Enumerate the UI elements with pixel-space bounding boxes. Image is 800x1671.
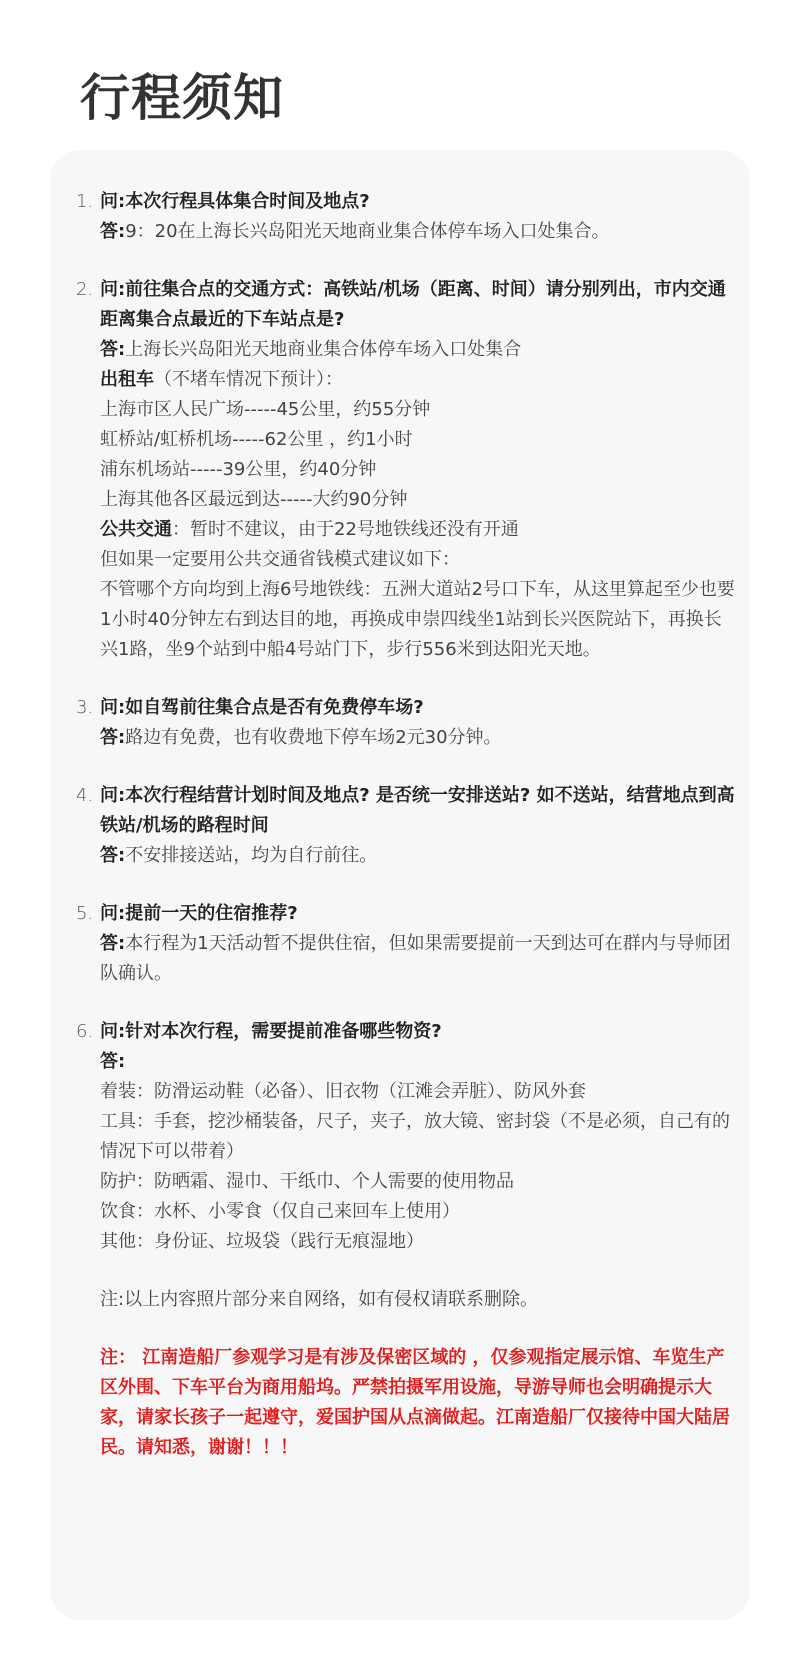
item-number: 4. [76,781,100,871]
taxi-note: （不堵车情况下预计）： [154,369,343,390]
faq-item-1: 1. 问:本次行程具体集合时间及地点? 答:9：20在上海长兴岛阳光天地商业集合… [76,187,736,247]
item-body: 问:提前一天的住宿推荐? 答:本行程为1天活动暂不提供住宿，但如果需要提前一天到… [100,899,736,989]
faq-item-2: 2. 问:前往集合点的交通方式：高铁站/机场（距离、时间）请分别列出，市内交通距… [76,275,736,665]
answer: 答:本行程为1天活动暂不提供住宿，但如果需要提前一天到达可在群内与导师团队确认。 [100,929,736,989]
answer: 答:上海长兴岛阳光天地商业集合体停车场入口处集合 [100,335,736,365]
answer-label: 答: [100,933,125,954]
item-number: 1. [76,187,100,247]
taxi-route: 上海其他各区最远到达-----大约90分钟 [100,485,736,515]
answer-text: 9：20在上海长兴岛阳光天地商业集合体停车场入口处集合。 [125,221,609,242]
supply-item-food: 饮食：水杯、小零食（仅自己来回车上使用） [100,1197,736,1227]
question: 问:前往集合点的交通方式：高铁站/机场（距离、时间）请分别列出，市内交通距离集合… [100,275,736,335]
faq-item-4: 4. 问:本次行程结营计划时间及地点? 是否统一安排送站? 如不送站，结营地点到… [76,781,736,871]
taxi-route: 浦东机场站-----39公里，约40分钟 [100,455,736,485]
answer-text: 上海长兴岛阳光天地商业集合体停车场入口处集合 [125,339,521,360]
taxi-heading: 出租车（不堵车情况下预计）： [100,365,736,395]
taxi-route: 虹桥站/虹桥机场-----62公里 ，约1小时 [100,425,736,455]
question: 问:本次行程结营计划时间及地点? 是否统一安排送站? 如不送站，结营地点到高铁站… [100,781,736,841]
answer-label: 答: [100,339,125,360]
question: 问:针对本次行程，需要提前准备哪些物资? [100,1017,736,1047]
taxi-label: 出租车 [100,369,154,390]
answer-label: 答: [100,845,125,866]
faq-item-6: 6. 问:针对本次行程，需要提前准备哪些物资? 答: 着装：防滑运动鞋（必备）、… [76,1017,736,1257]
page-title: 行程须知 [80,62,284,134]
item-body: 问:本次行程结营计划时间及地点? 是否统一安排送站? 如不送站，结营地点到高铁站… [100,781,736,871]
item-body: 问:如自驾前往集合点是否有免费停车场? 答:路边有免费，也有收费地下停车场2元3… [100,693,736,753]
answer-text: 路边有免费，也有收费地下停车场2元30分钟。 [125,727,501,748]
security-warning: 注： 江南造船厂参观学习是有涉及保密区域的 ，仅参观指定展示馆、车览生产区外围、… [100,1343,736,1463]
item-number: 2. [76,275,100,665]
answer: 答:9：20在上海长兴岛阳光天地商业集合体停车场入口处集合。 [100,217,736,247]
item-number: 5. [76,899,100,989]
faq-item-3: 3. 问:如自驾前往集合点是否有免费停车场? 答:路边有免费，也有收费地下停车场… [76,693,736,753]
answer: 答:不安排接送站，均为自行前往。 [100,841,736,871]
supply-item-clothing: 着装：防滑运动鞋（必备）、旧衣物（江滩会弄脏）、防风外套 [100,1077,736,1107]
public-transport-line: 不管哪个方向均到上海6号地铁线：五洲大道站2号口下车，从这里算起至少也要1小时4… [100,575,736,665]
public-transport-heading: 公共交通：暂时不建议，由于22号地铁线还没有开通 [100,515,736,545]
copyright-note: 注:以上内容照片部分来自网络，如有侵权请联系删除。 [100,1285,736,1315]
question: 问:提前一天的住宿推荐? [100,899,736,929]
question: 问:本次行程具体集合时间及地点? [100,187,736,217]
question: 问:如自驾前往集合点是否有免费停车场? [100,693,736,723]
supply-item-tools: 工具：手套，挖沙桶装备，尺子，夹子，放大镜、密封袋（不是必须，自己有的情况下可以… [100,1107,736,1167]
item-body: 问:针对本次行程，需要提前准备哪些物资? 答: 着装：防滑运动鞋（必备）、旧衣物… [100,1017,736,1257]
item-number: 6. [76,1017,100,1257]
faq-item-5: 5. 问:提前一天的住宿推荐? 答:本行程为1天活动暂不提供住宿，但如果需要提前… [76,899,736,989]
faq-card: 1. 问:本次行程具体集合时间及地点? 答:9：20在上海长兴岛阳光天地商业集合… [50,150,750,1620]
answer-label: 答: [100,727,125,748]
supply-item-protection: 防护：防晒霜、湿巾、干纸巾、个人需要的使用物品 [100,1167,736,1197]
answer-label: 答: [100,221,125,242]
answer: 答:路边有免费，也有收费地下停车场2元30分钟。 [100,723,736,753]
public-transport-note: ：暂时不建议，由于22号地铁线还没有开通 [172,519,519,540]
faq-content: 1. 问:本次行程具体集合时间及地点? 答:9：20在上海长兴岛阳光天地商业集合… [76,187,736,1463]
answer-label: 答: [100,1047,736,1077]
answer-text: 本行程为1天活动暂不提供住宿，但如果需要提前一天到达可在群内与导师团队确认。 [100,933,731,984]
item-body: 问:本次行程具体集合时间及地点? 答:9：20在上海长兴岛阳光天地商业集合体停车… [100,187,736,247]
taxi-route: 上海市区人民广场-----45公里，约55分钟 [100,395,736,425]
item-body: 问:前往集合点的交通方式：高铁站/机场（距离、时间）请分别列出，市内交通距离集合… [100,275,736,665]
item-number: 3. [76,693,100,753]
supply-item-other: 其他：身份证、垃圾袋（践行无痕湿地） [100,1227,736,1257]
public-transport-line: 但如果一定要用公共交通省钱模式建议如下： [100,545,736,575]
answer-text: 不安排接送站，均为自行前往。 [125,845,377,866]
public-transport-label: 公共交通 [100,519,172,540]
